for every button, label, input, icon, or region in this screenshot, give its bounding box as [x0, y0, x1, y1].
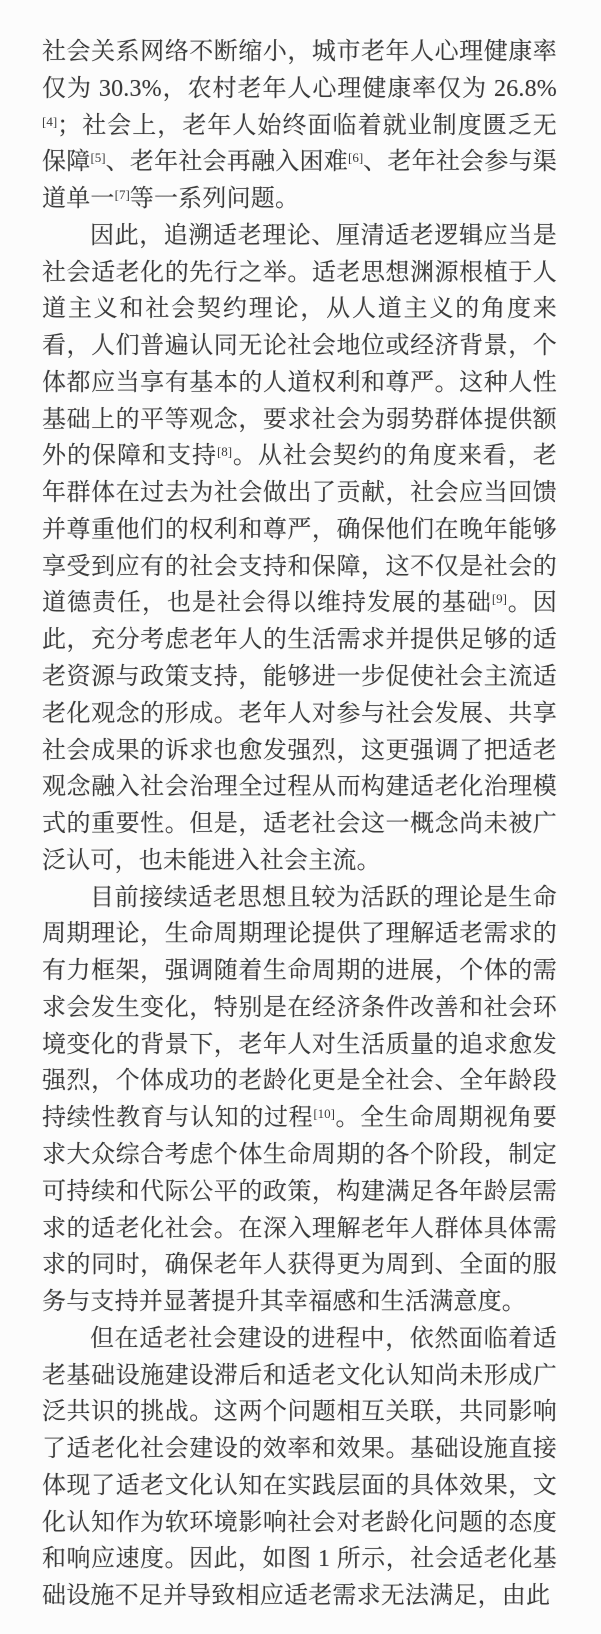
body-text: 、老年社会再融入困难	[106, 149, 348, 175]
paragraph: 目前接续适老思想且较为活跃的理论是生命周期理论，生命周期理论提供了理解适老需求的…	[42, 880, 557, 1321]
body-text: 但在适老社会建设的进程中，依然面临着适老基础设施建设滞后和适老文化认知尚未形成广…	[42, 1326, 557, 1609]
citation-ref: [6]	[348, 150, 363, 165]
citation-ref: [9]	[492, 591, 507, 606]
body-text: 。全生命周期视角要求大众综合考虑个体生命周期的各个阶段，制定可持续和代际公平的政…	[42, 1105, 557, 1315]
paragraph: 社会关系网络不断缩小，城市老年人心理健康率仅为 30.3%，农村老年人心理健康率…	[42, 34, 557, 218]
citation-ref: [7]	[115, 187, 130, 202]
paragraph: 但在适老社会建设的进程中，依然面临着适老基础设施建设滞后和适老文化认知尚未形成广…	[42, 1321, 557, 1615]
paragraph: 因此，追溯适老理论、厘清适老逻辑应当是社会适老化的先行之举。适老思想渊源根植于人…	[42, 218, 557, 880]
citation-ref: [5]	[90, 150, 105, 165]
body-text: 因此，追溯适老理论、厘清适老逻辑应当是社会适老化的先行之举。适老思想渊源根植于人…	[42, 223, 557, 470]
page-text: 社会关系网络不断缩小，城市老年人心理健康率仅为 30.3%，农村老年人心理健康率…	[42, 34, 557, 1615]
citation-ref: [8]	[217, 444, 232, 459]
citation-ref: [4]	[42, 114, 57, 129]
body-text: 等一系列问题。	[130, 186, 299, 212]
scanned-page: 社会关系网络不断缩小，城市老年人心理健康率仅为 30.3%，农村老年人心理健康率…	[0, 0, 601, 1634]
citation-ref: [10]	[313, 1106, 335, 1121]
body-text: 。因此，充分考虑老年人的生活需求并提供足够的适老资源与政策支持，能够进一步促使社…	[42, 590, 557, 873]
body-text: 目前接续适老思想且较为活跃的理论是生命周期理论，生命周期理论提供了理解适老需求的…	[42, 885, 557, 1132]
body-text: 社会关系网络不断缩小，城市老年人心理健康率仅为 30.3%，农村老年人心理健康率…	[42, 39, 557, 102]
